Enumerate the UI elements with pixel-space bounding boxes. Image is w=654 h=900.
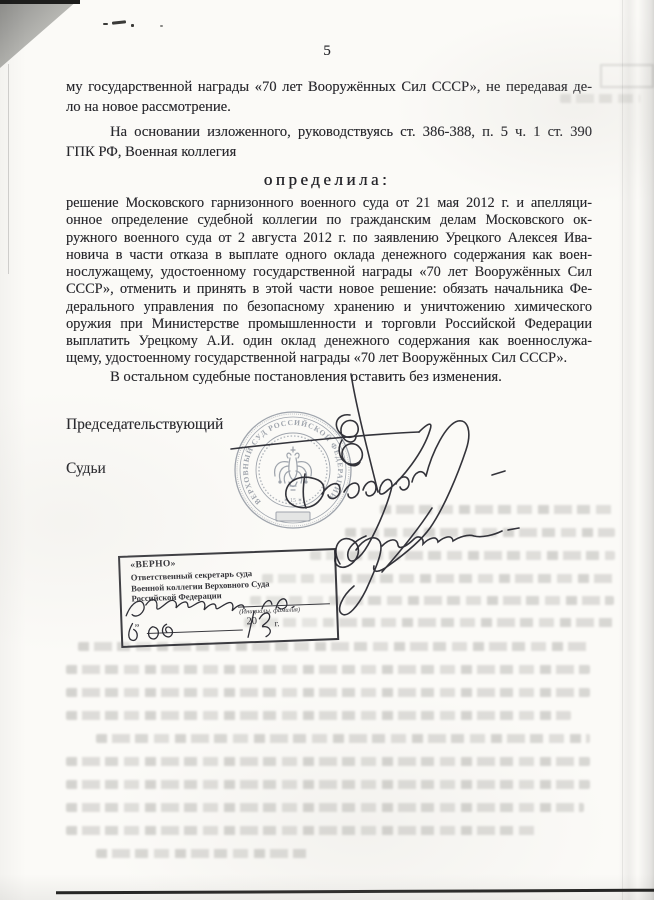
paragraph-award-continuation: му государственной награды «70 лет Воору… [66, 78, 592, 117]
judges-label: Судьи [66, 460, 106, 478]
page-number: 5 [0, 43, 654, 60]
paper-edge-line [8, 64, 9, 274]
certification-stamp: «ВЕРНО» Ответственный секретарь суда Вое… [118, 548, 339, 648]
bleedthrough-stamp-box [600, 64, 654, 88]
bleedthrough-line [66, 757, 590, 766]
bleedthrough-line [66, 711, 571, 720]
date-month-handwritten [148, 624, 172, 639]
secretary-signature [126, 596, 244, 616]
bleedthrough-line [66, 688, 590, 697]
seal-number: ✶ 15 ✶ [283, 497, 302, 504]
paragraph-otherwise-unchanged: В остальном судебные постановления остав… [66, 369, 592, 386]
scan-top-edge-line [0, 0, 80, 4]
bleedthrough-line [66, 665, 590, 674]
ink-speck [160, 25, 163, 27]
bleedthrough-line [345, 528, 615, 537]
paragraph-legal-basis: На основании изложенного, руководствуясь… [66, 123, 592, 162]
bleedthrough-line [66, 826, 536, 835]
presiding-judge-label: Председательствующий [66, 416, 223, 434]
court-seal-icon: ВЕРХОВНЫЙ СУД РОССИЙСКОЙ ФЕДЕРАЦИИ ✶ 15 … [233, 410, 353, 530]
bleedthrough-line [380, 505, 615, 514]
ruling-heading: определила: [0, 170, 654, 190]
paper-crease [618, 0, 654, 900]
bleedthrough-line [310, 551, 615, 560]
paper-crease-line [622, 0, 623, 900]
bleedthrough-line [96, 734, 590, 743]
bleedthrough-line [66, 803, 584, 812]
ink-speck [131, 24, 134, 27]
scanned-court-document-page: 5 му государственной награды «70 лет Воо… [0, 0, 654, 900]
paragraph-ruling-body: решение Московского гарнизонного военног… [66, 195, 592, 368]
date-day-handwritten [128, 623, 137, 640]
bleedthrough-line [66, 780, 590, 789]
ink-speck [112, 20, 126, 24]
double-headed-eagle-icon [275, 447, 312, 490]
stamp-handwriting [120, 550, 337, 646]
bottom-shading [0, 874, 654, 900]
secretary-initials [262, 598, 294, 609]
seal-bottom-plaque [276, 512, 310, 521]
ink-speck [103, 23, 108, 25]
date-year-handwritten [247, 610, 270, 637]
bleedthrough-line [96, 849, 311, 858]
